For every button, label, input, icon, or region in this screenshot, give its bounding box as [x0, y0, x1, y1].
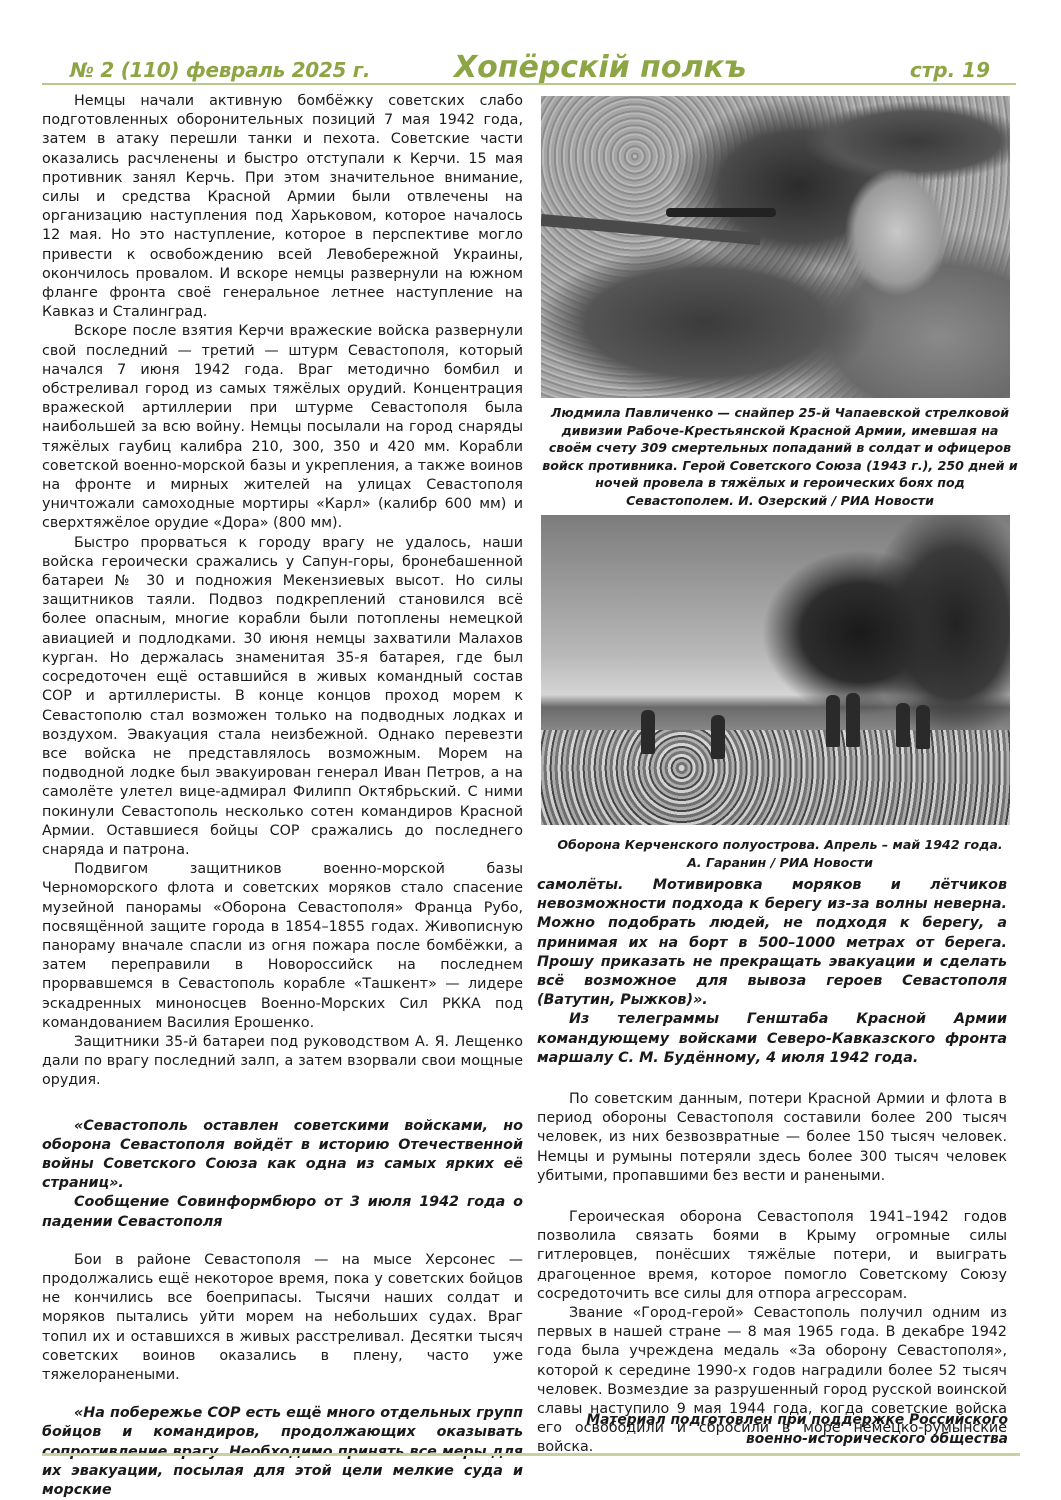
paragraph: Вскоре после взятия Керчи вражеские войс…: [42, 322, 523, 533]
soldier-figure: [711, 715, 725, 759]
soldier-figure: [846, 693, 860, 747]
paragraph: Героическая оборона Севастополя 1941–194…: [537, 1208, 1007, 1304]
paragraph: Немцы начали активную бомбёжку советских…: [42, 92, 523, 322]
header-divider: [42, 83, 1016, 85]
quote-source: Сообщение Совинформбюро от 3 июля 1942 г…: [42, 1193, 523, 1231]
sovinformburo-quote: «Севастополь оставлен советскими войскам…: [42, 1117, 523, 1194]
right-column: самолёты. Мотивировка моряков и лётчиков…: [537, 876, 1007, 1458]
paragraph: Защитники 35-й батареи под руководством …: [42, 1033, 523, 1091]
soldier-figure: [896, 703, 910, 747]
credit-line: военно-исторического общества: [560, 1430, 1008, 1449]
photo-caption-sniper: Людмила Павличенко — снайпер 25-й Чапаев…: [540, 404, 1020, 509]
rubble-shape: [541, 730, 1010, 825]
soldier-figure: [826, 695, 840, 747]
telegram-quote-continuation: самолёты. Мотивировка моряков и лётчиков…: [537, 876, 1007, 1010]
page-header: № 2 (110) февраль 2025 г. Хопёрскій полк…: [42, 50, 1016, 84]
soldier-figure: [641, 710, 655, 754]
page-number: стр. 19: [910, 58, 990, 82]
support-credit: Материал подготовлен при поддержке Росси…: [560, 1411, 1008, 1449]
credit-line: Материал подготовлен при поддержке Росси…: [560, 1411, 1008, 1430]
left-column: Немцы начали активную бомбёжку советских…: [42, 92, 523, 1500]
caption-line: Оборона Керченского полуострова. Апрель …: [540, 836, 1020, 854]
rifle-shape: [541, 214, 761, 245]
paragraph: Бои в районе Севастополя — на мысе Херсо…: [42, 1251, 523, 1385]
sniper-photo: [541, 96, 1010, 398]
paragraph: По советским данным, потери Красной Арми…: [537, 1090, 1007, 1186]
paragraph: Быстро прорваться к городу врагу не удал…: [42, 534, 523, 860]
photo-caption-battle: Оборона Керченского полуострова. Апрель …: [540, 836, 1020, 871]
soldier-figure: [916, 705, 930, 749]
scope-shape: [666, 208, 776, 217]
paragraph: Подвигом защитников военно-морской базы …: [42, 860, 523, 1033]
caption-line: А. Гаранин / РИА Новости: [540, 854, 1020, 872]
quote-source: Из телеграммы Генштаба Красной Армии ком…: [537, 1010, 1007, 1068]
footer-divider: [42, 1453, 1020, 1456]
battle-photo: [541, 515, 1010, 825]
issue-number: № 2 (110) февраль 2025 г.: [70, 58, 370, 82]
newspaper-title: Хопёрскій полкъ: [454, 50, 746, 85]
